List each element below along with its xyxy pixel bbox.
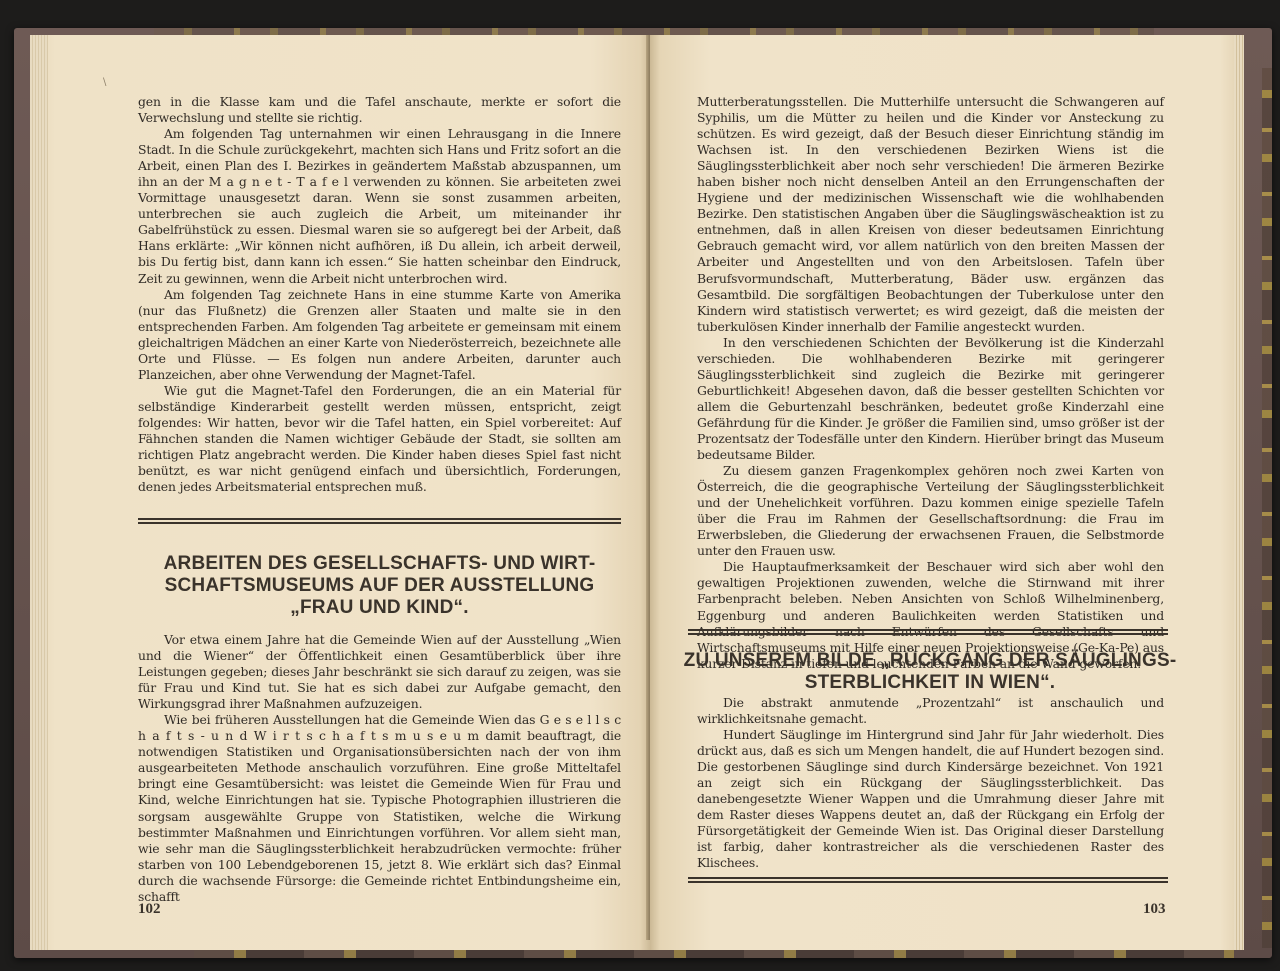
right-page-top-text: Mutterberatungsstellen. Die Mutterhilfe …: [697, 94, 1164, 672]
section-heading: ARBEITEN DES GESELLSCHAFTS- UND WIRT- SC…: [138, 553, 621, 619]
right-page: Mutterberatungsstellen. Die Mutterhilfe …: [650, 35, 1244, 950]
page-number: 102: [138, 901, 161, 918]
section-divider: [688, 629, 1168, 635]
heading-line: ZU UNSEREM BILDE „RÜCKGANG DER SÄUGLINGS…: [680, 650, 1180, 672]
left-page: \ gen in die Klasse kam und die Tafel an…: [30, 35, 650, 950]
heading-line: ARBEITEN DES GESELLSCHAFTS- UND WIRT-: [138, 553, 621, 575]
paragraph: In den verschiedenen Schichten der Bevöl…: [697, 335, 1164, 463]
section-divider: [688, 877, 1168, 883]
paragraph: Wie gut die Magnet-Tafel den Forderungen…: [138, 383, 621, 495]
heading-line: STERBLICHKEIT IN WIEN“.: [680, 672, 1180, 694]
cover-marbled-edge-right: [1262, 68, 1272, 948]
paragraph: Vor etwa einem Jahre hat die Gemeinde Wi…: [138, 632, 621, 712]
paragraph: Am folgenden Tag unternahmen wir einen L…: [138, 126, 621, 286]
paragraph: Hundert Säuglinge im Hintergrund sind Ja…: [697, 727, 1164, 871]
section-divider: [138, 518, 621, 524]
page-edges: [30, 35, 48, 950]
heading-line: SCHAFTSMUSEUMS AUF DER AUSSTELLUNG: [138, 575, 621, 597]
paragraph: Wie bei früheren Ausstellungen hat die G…: [138, 712, 621, 905]
paragraph: gen in die Klasse kam und die Tafel ansc…: [138, 94, 621, 126]
page-number: 103: [1143, 901, 1166, 918]
heading-line: „FRAU UND KIND“.: [138, 597, 621, 619]
cover-marbled-edge-bottom: [194, 950, 1234, 958]
paragraph: Mutterberatungsstellen. Die Mutterhilfe …: [697, 94, 1164, 335]
section-heading: ZU UNSEREM BILDE „RÜCKGANG DER SÄUGLINGS…: [680, 650, 1180, 694]
left-page-top-text: gen in die Klasse kam und die Tafel ansc…: [138, 94, 621, 495]
stray-mark: \: [103, 77, 106, 88]
paragraph: Am folgenden Tag zeichnete Hans in eine …: [138, 287, 621, 383]
paragraph: Zu diesem ganzen Fragenkomplex gehören n…: [697, 463, 1164, 559]
left-page-section-text: Vor etwa einem Jahre hat die Gemeinde Wi…: [138, 632, 621, 905]
right-page-section-text: Die abstrakt anmutende „Prozentzahl“ ist…: [697, 695, 1164, 872]
paragraph: Die abstrakt anmutende „Prozentzahl“ ist…: [697, 695, 1164, 727]
page-edges: [1234, 35, 1244, 950]
